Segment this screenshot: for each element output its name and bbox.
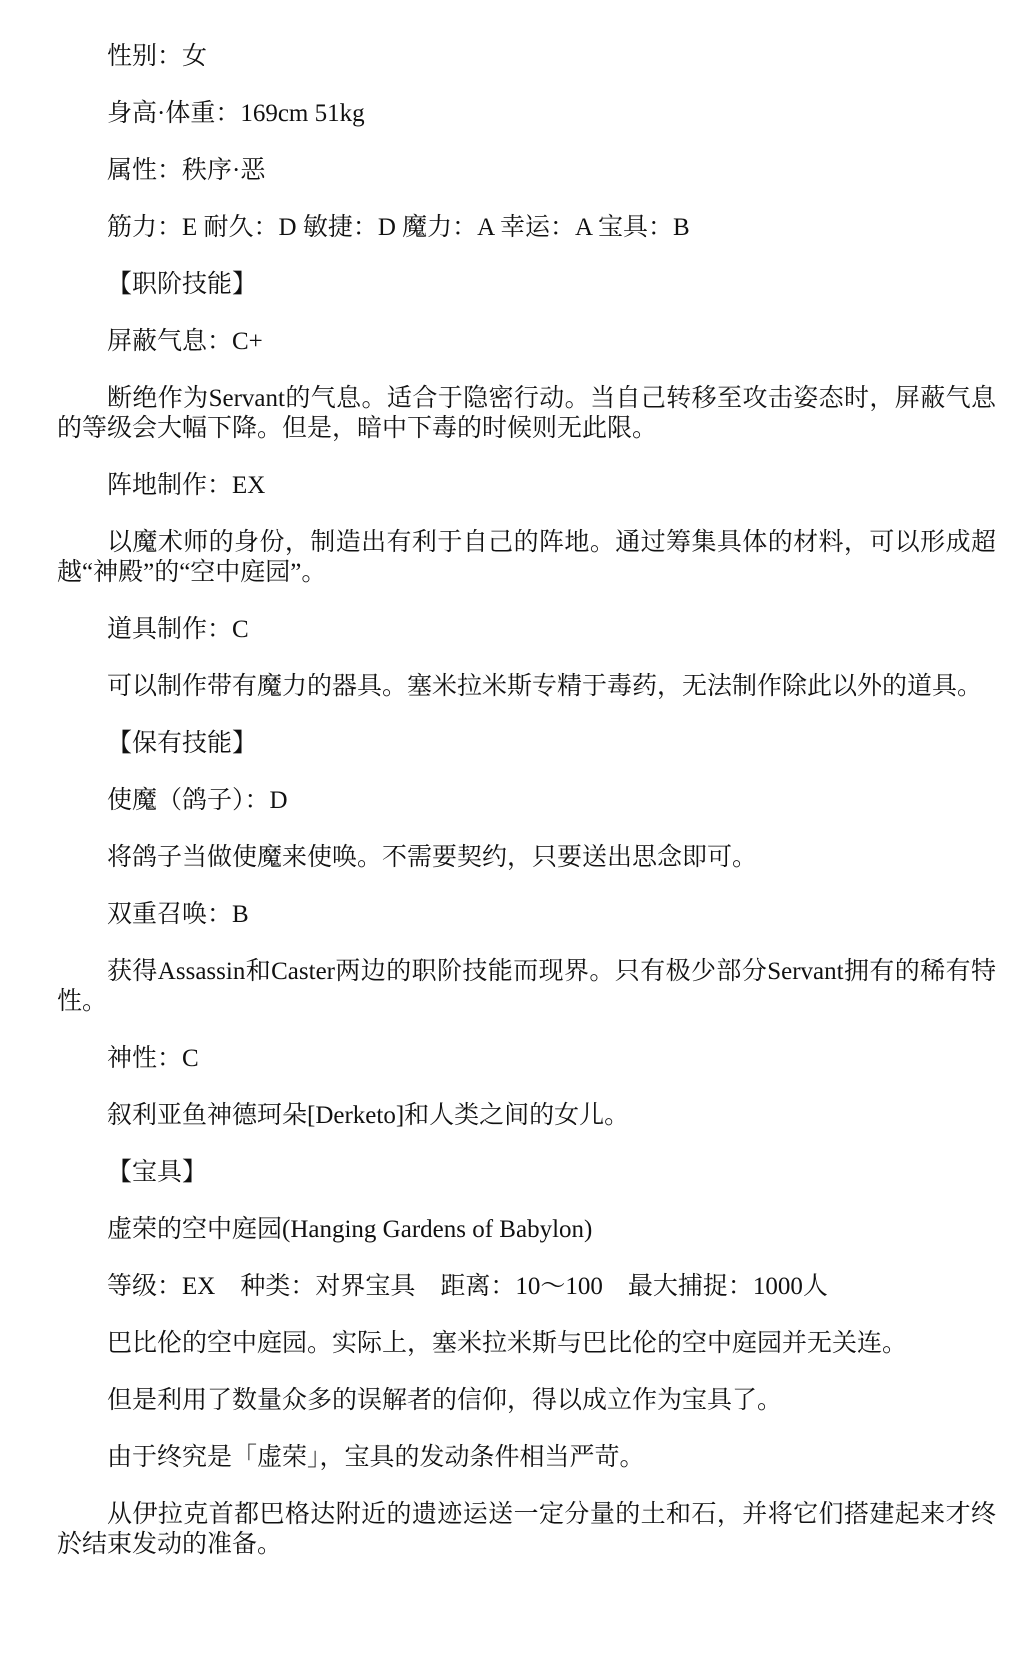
desc-presence-concealment: 断绝作为Servant的气息。适合于隐密行动。当自己转移至攻击姿态时，屏蔽气息的… [57,384,996,444]
np-desc-1: 巴比伦的空中庭园。实际上，塞米拉米斯与巴比伦的空中庭园并无关连。 [57,1329,996,1359]
stat-height-weight: 身高·体重：169cm 51kg [57,99,996,129]
skill-territory-creation: 阵地制作：EX [57,471,996,501]
stat-alignment: 属性：秩序·恶 [57,156,996,186]
heading-class-skills: 【职阶技能】 [57,270,996,300]
skill-divinity: 神性：C [57,1044,996,1074]
np-desc-2: 但是利用了数量众多的误解者的信仰，得以成立作为宝具了。 [57,1386,996,1416]
stat-parameters: 筋力：E 耐久：D 敏捷：D 魔力：A 幸运：A 宝具：B [57,213,996,243]
heading-personal-skills: 【保有技能】 [57,729,996,759]
document-page: 性别：女 身高·体重：169cm 51kg 属性：秩序·恶 筋力：E 耐久：D … [0,0,1020,1680]
desc-familiar-doves: 将鸽子当做使魔来使唤。不需要契约，只要送出思念即可。 [57,843,996,873]
desc-item-construction: 可以制作带有魔力的器具。塞米拉米斯专精于毒药，无法制作除此以外的道具。 [57,672,996,702]
desc-territory-creation: 以魔术师的身份，制造出有利于自己的阵地。通过筹集具体的材料，可以形成超越“神殿”… [57,528,996,588]
np-desc-3: 由于终究是「虚荣」，宝具的发动条件相当严苛。 [57,1443,996,1473]
desc-divinity: 叙利亚鱼神德珂朵[Derketo]和人类之间的女儿。 [57,1101,996,1131]
skill-item-construction: 道具制作：C [57,615,996,645]
skill-familiar-doves: 使魔（鸽子）：D [57,786,996,816]
np-name: 虚荣的空中庭园(Hanging Gardens of Babylon) [57,1215,996,1245]
stat-gender: 性别：女 [57,42,996,72]
desc-dual-summon: 获得Assassin和Caster两边的职阶技能而现界。只有极少部分Servan… [57,957,996,1017]
np-stats: 等级：EX 种类：对界宝具 距离：10～100 最大捕捉：1000人 [57,1272,996,1302]
skill-presence-concealment: 屏蔽气息：C+ [57,327,996,357]
heading-noble-phantasm: 【宝具】 [57,1158,996,1188]
skill-dual-summon: 双重召唤：B [57,900,996,930]
np-desc-4: 从伊拉克首都巴格达附近的遗迹运送一定分量的土和石，并将它们搭建起来才终於结束发动… [57,1500,996,1560]
